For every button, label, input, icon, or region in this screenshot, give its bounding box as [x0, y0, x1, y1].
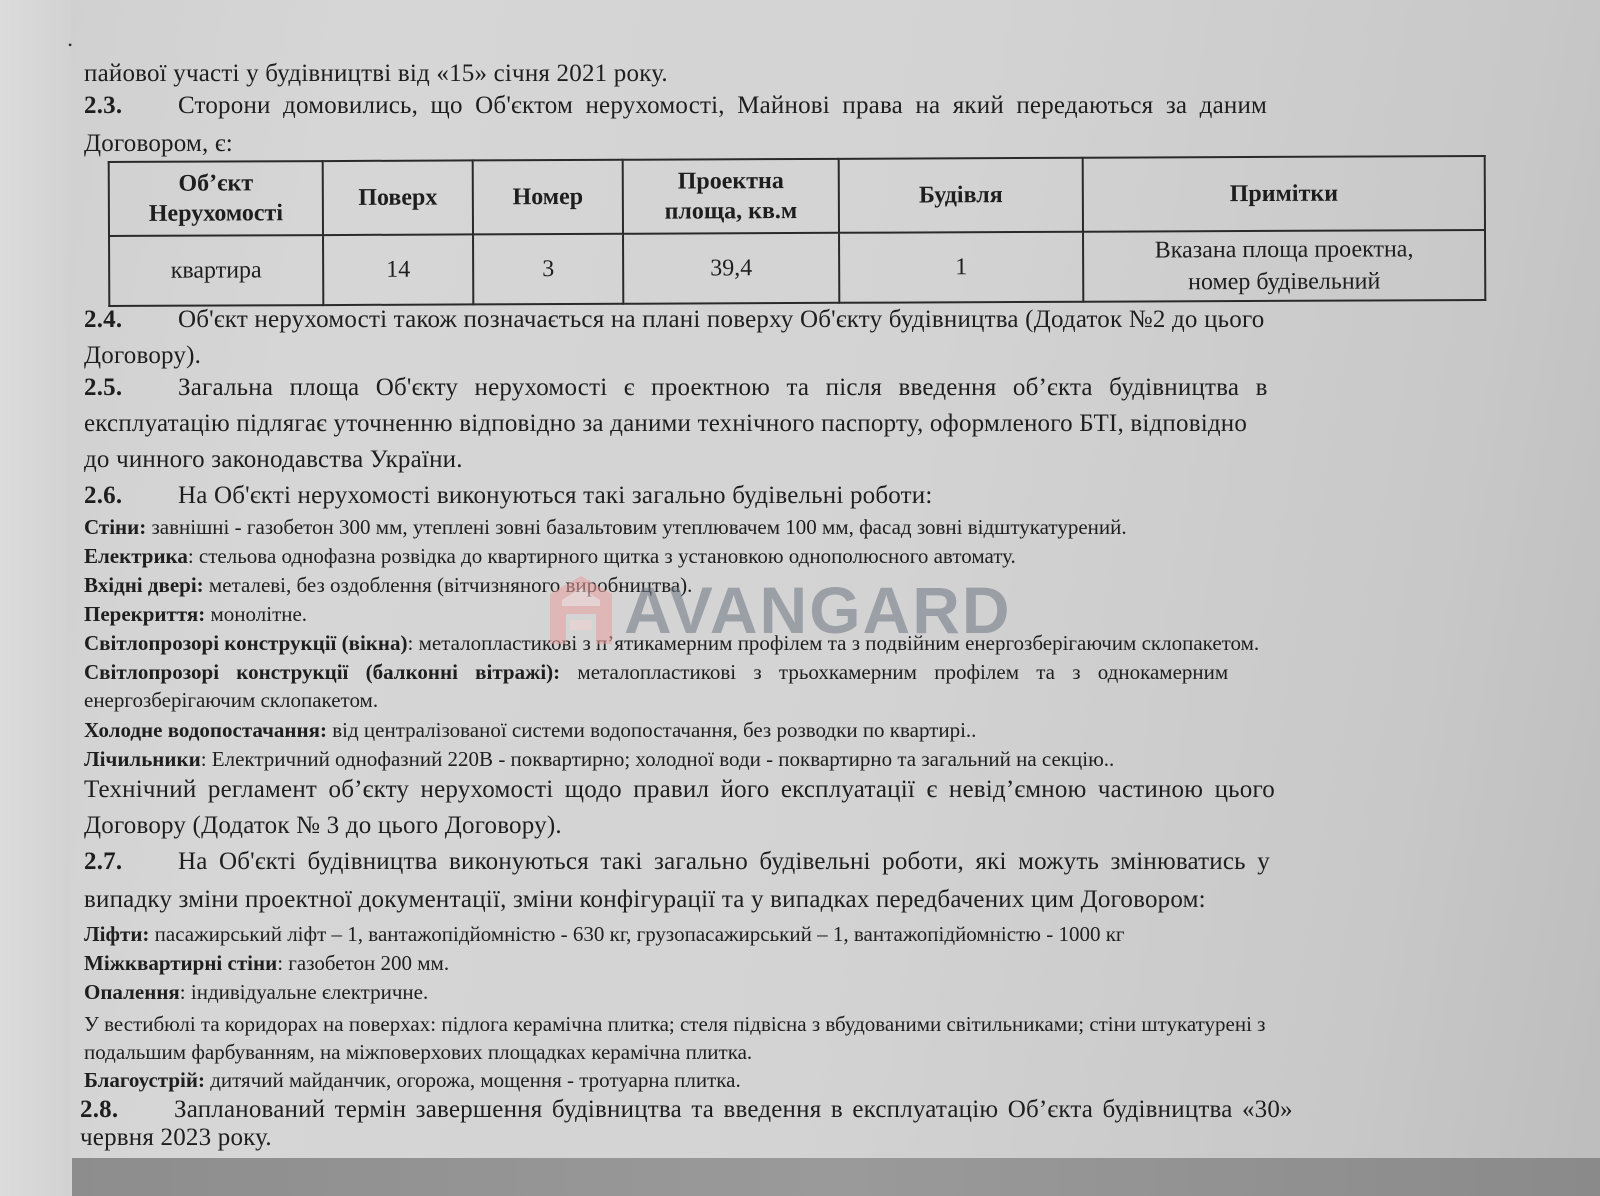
spec-label: Світлопрозорі конструкції (вікна) — [84, 631, 407, 655]
section-2-4-line2: Договору). — [84, 342, 201, 370]
section-2-5-line1: 2.5.Загальна площа Об'єкту нерухомості є… — [84, 374, 1268, 402]
spec-item: Благоустрій: дитячий майданчик, огорожа,… — [84, 1068, 741, 1093]
page-speck: • — [68, 38, 72, 53]
spec-item: Електрика: стельова однофазна розвідка д… — [84, 544, 1016, 569]
section-text: На Об'єкті нерухомості виконуються такі … — [178, 482, 933, 509]
spec-item: Стіни: завнішні - газобетон 300 мм, утеп… — [84, 515, 1127, 540]
spec-item: Ліфти: пасажирський ліфт – 1, вантажопід… — [84, 922, 1125, 947]
spec-item: Холодне водопостачання: від централізова… — [84, 718, 976, 743]
section-text: На Об'єкті будівництва виконуються такі … — [178, 848, 1270, 875]
spec-label: Електрика — [84, 544, 188, 568]
spec-label: Опалення — [84, 980, 180, 1004]
section-text: Об'єкт нерухомості також позначається на… — [178, 306, 1264, 333]
regulation-line1: Технічний регламент об’єкту нерухомості … — [84, 776, 1275, 804]
section-2-8-line2: червня 2023 року. — [80, 1124, 272, 1152]
section-text: Сторони домовились, що Об'єктом нерухомо… — [178, 92, 1267, 119]
intro-line: пайової участі у будівництві від «15» сі… — [84, 60, 668, 88]
section-number: 2.5. — [84, 374, 178, 402]
header-area: Проектнаплоща, кв.м — [623, 159, 839, 234]
section-2-3-line2: Договором, є: — [84, 130, 233, 158]
spec-text: : Електричний однофазний 220В - покварти… — [201, 747, 1115, 771]
spec-item-continuation: подальшим фарбуванням, на міжповерхових … — [84, 1040, 752, 1065]
spec-label: Вхідні двері: — [84, 573, 204, 597]
spec-text: : стельова однофазна розвідка до квартир… — [188, 544, 1016, 568]
section-2-5-line2: експлуатацію підлягає уточненню відповід… — [84, 410, 1247, 438]
next-section-band — [72, 1158, 1600, 1196]
spec-label: Стіни: — [84, 515, 146, 539]
cell-area: 39,4 — [623, 233, 839, 304]
spec-label: Лічильники — [84, 747, 201, 771]
spec-label: Благоустрій: — [84, 1068, 205, 1092]
spec-item: Лічильники: Електричний однофазний 220В … — [84, 747, 1114, 772]
section-number: 2.3. — [84, 92, 178, 120]
spec-item: Перекриття: монолітне. — [84, 602, 307, 627]
section-number: 2.4. — [84, 306, 178, 334]
section-number: 2.7. — [84, 848, 178, 876]
table-row: квартира 14 3 39,4 1 Вказана площа проек… — [109, 230, 1485, 306]
header-floor: Поверх — [323, 160, 473, 235]
spec-item: У вестибюлі та коридорах на поверхах: пі… — [84, 1012, 1265, 1037]
property-table: Об’єктНерухомості Поверх Номер Проектнап… — [108, 155, 1487, 307]
section-number: 2.6. — [84, 482, 178, 510]
spec-text: : індивідуальне єлектричне. — [180, 980, 428, 1004]
cell-object: квартира — [109, 235, 323, 306]
spec-text: дитячий майданчик, огорожа, мощення - тр… — [205, 1068, 741, 1092]
spec-text: У вестибюлі та коридорах на поверхах: пі… — [84, 1012, 1265, 1036]
table-header-row: Об’єктНерухомості Поверх Номер Проектнап… — [109, 156, 1485, 236]
section-2-4-line1: 2.4.Об'єкт нерухомості також позначаєтьс… — [84, 306, 1264, 334]
page-shadow-edge — [0, 0, 70, 1196]
section-2-5-line3: до чинного законодавства України. — [84, 446, 463, 474]
section-2-6-heading: 2.6.На Об'єкті нерухомості виконуються т… — [84, 482, 933, 510]
spec-text: пасажирський ліфт – 1, вантажопідйомніст… — [149, 922, 1124, 946]
spec-label: Перекриття: — [84, 602, 205, 626]
spec-item: Світлопрозорі конструкції (вікна): метал… — [84, 631, 1259, 656]
section-text: Загальна площа Об'єкту нерухомості є про… — [178, 374, 1268, 401]
spec-text: металеві, без оздоблення (вітчизняного в… — [204, 573, 693, 597]
spec-text: від централізованої системи водопостачан… — [327, 718, 976, 742]
spec-item: Міжквартирні стіни: газобетон 200 мм. — [84, 951, 449, 976]
spec-item: Вхідні двері: металеві, без оздоблення (… — [84, 573, 692, 598]
section-2-8-line1: 2.8.Запланований термін завершення будів… — [80, 1096, 1293, 1124]
section-text: Запланований термін завершення будівницт… — [174, 1096, 1293, 1123]
spec-text: : газобетон 200 мм. — [277, 951, 449, 975]
cell-notes: Вказана площа проектна,номер будівельний — [1083, 230, 1485, 302]
regulation-line2: Договору (Додаток № 3 до цього Договору)… — [84, 812, 562, 840]
section-2-3-line1: 2.3.Сторони домовились, що Об'єктом неру… — [84, 92, 1498, 120]
spec-item: Опалення: індивідуальне єлектричне. — [84, 980, 428, 1005]
spec-label: Світлопрозорі конструкції (балконні вітр… — [84, 660, 560, 684]
spec-item-continuation: енергозберігаючим склопакетом. — [84, 688, 378, 713]
spec-label: Ліфти: — [84, 922, 149, 946]
cell-number: 3 — [473, 234, 623, 305]
section-number: 2.8. — [80, 1096, 174, 1124]
section-2-7-line2: випадку зміни проектної документації, зм… — [84, 886, 1206, 914]
spec-label: Холодне водопостачання: — [84, 718, 327, 742]
header-building: Будівля — [839, 158, 1083, 233]
spec-text: металопластикові з трьохкамерним профіле… — [560, 660, 1228, 684]
header-number: Номер — [473, 160, 623, 235]
spec-label: Міжквартирні стіни — [84, 951, 277, 975]
cell-floor: 14 — [323, 234, 473, 305]
header-notes: Примітки — [1083, 156, 1485, 232]
spec-text: : металопластикові з п’ятикамерним профі… — [407, 631, 1259, 655]
spec-item: Світлопрозорі конструкції (балконні вітр… — [84, 660, 1228, 685]
spec-text: завнішні - газобетон 300 мм, утеплені зо… — [146, 515, 1126, 539]
header-object: Об’єктНерухомості — [109, 161, 323, 236]
section-2-7-line1: 2.7.На Об'єкті будівництва виконуються т… — [84, 848, 1270, 876]
cell-building: 1 — [839, 232, 1083, 303]
spec-text: монолітне. — [205, 602, 307, 626]
